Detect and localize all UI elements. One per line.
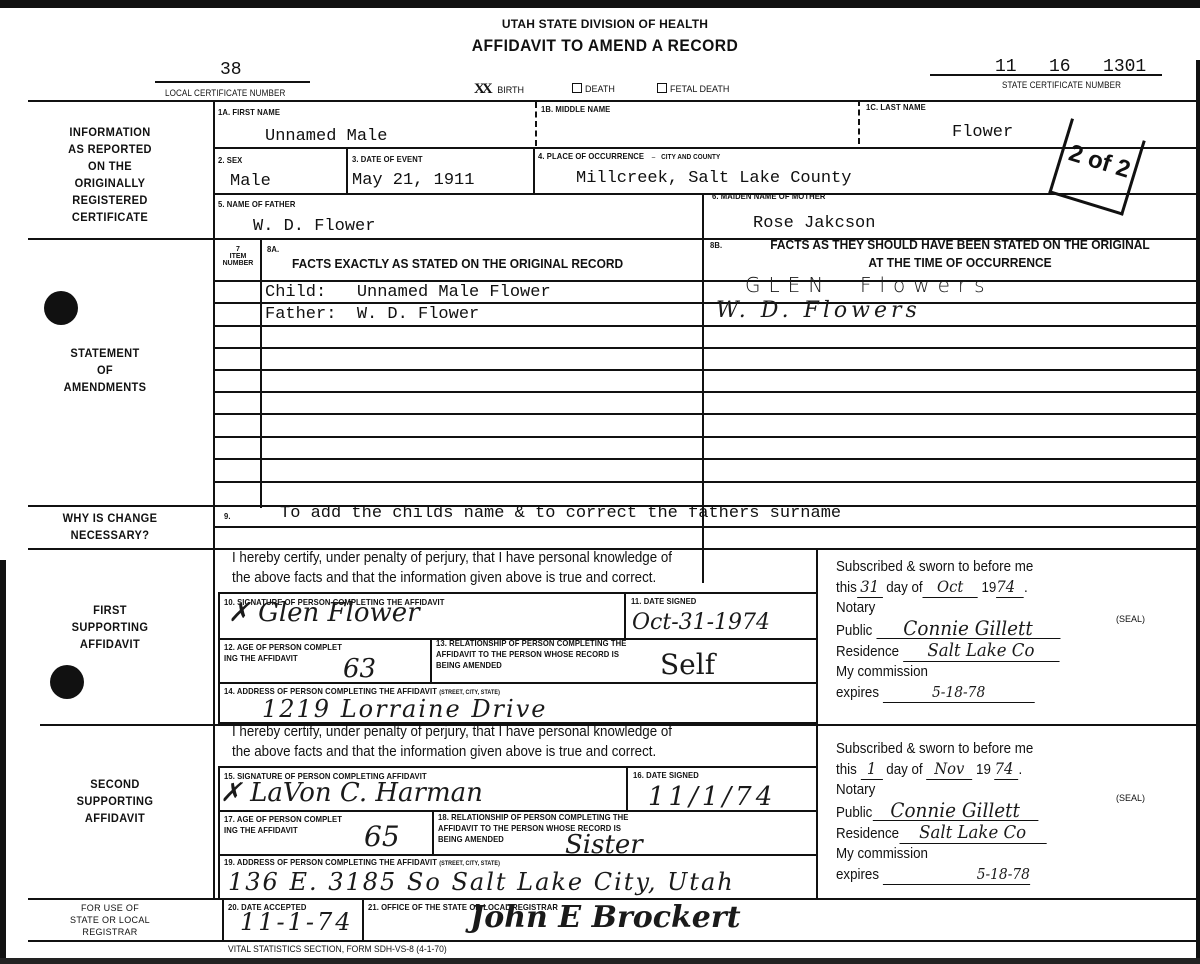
first-name-value: Unnamed Male [265,127,387,146]
sex-label: 2. SEX [218,155,242,165]
second-notary-block: Subscribed & sworn to before me this 1 d… [836,739,1046,885]
scan-border-top [0,0,1200,8]
address-value: 1219 Lorraine Drive [262,695,547,723]
amendment-corrected: GLEN Flowers [745,273,993,297]
row-line [213,526,1200,528]
binder-hole [50,665,84,699]
middle-name-label: 1B. MIDDLE NAME [541,104,610,114]
row-line [213,347,1200,349]
birth-label: BIRTH [497,85,524,95]
divider [218,592,220,722]
divider [626,766,628,810]
relationship-value: Sister [565,830,643,860]
section-registrar: FOR USE OF STATE OR LOCAL REGISTRAR [30,902,190,938]
row-line [213,458,1200,460]
col-b-num: 8B. [710,240,722,250]
certify-line-2: the above facts and that the information… [232,570,656,586]
amendment-corrected: W. D. Flowers [716,298,921,323]
fetal-death-label: FETAL DEATH [670,84,729,94]
record-type-fetal-death[interactable]: FETAL DEATH [657,83,729,94]
row-line [213,369,1200,371]
row-line [213,391,1200,393]
amendment-original: Child: Unnamed Male Flower [265,283,551,302]
divider [533,147,535,193]
section-original-info: INFORMATION AS REPORTED ON THE ORIGINALL… [36,124,183,226]
place-label: 4. PLACE OF OCCURRENCE – CITY AND COUNTY [538,151,720,161]
local-cert-label: LOCAL CERTIFICATE NUMBER [165,88,285,98]
age-value: 65 [364,820,400,853]
agency-name: UTAH STATE DIVISION OF HEALTH [440,17,770,31]
state-cert-label: STATE CERTIFICATE NUMBER [1002,80,1121,90]
local-cert-number: 38 [220,60,242,80]
divider [858,100,860,144]
divider [430,638,432,682]
age-label: 12. AGE OF PERSON COMPLET ING THE AFFIDA… [224,642,342,664]
row-line [218,592,816,594]
place-value: Millcreek, Salt Lake County [576,169,851,188]
date-signed-label: 16. DATE SIGNED [633,770,699,780]
rule [28,940,1200,942]
date-signed-label: 11. DATE SIGNED [631,596,696,606]
sex-value: Male [230,172,271,191]
certify-line-1: I hereby certify, under penalty of perju… [232,550,672,566]
item-column-divider [260,238,262,508]
divider [222,898,224,940]
fetal-death-checkbox[interactable] [657,83,667,93]
date-accepted-value: 11-1-74 [240,908,354,936]
mother-value: Rose Jakcson [753,214,875,233]
certify-line-2: the above facts and that the information… [232,744,656,760]
section-why-change: WHY IS CHANGE NECESSARY? [36,510,183,544]
last-name-value: Flower [952,123,1013,142]
date-of-event-label: 3. DATE OF EVENT [352,154,423,164]
date-signed-value: Oct-31-1974 [632,610,770,635]
divider [702,193,704,583]
section-second-affidavit: SECOND SUPPORTING AFFIDAVIT [37,776,193,827]
rule [28,100,1200,102]
death-checkbox[interactable] [572,83,582,93]
date-of-event-value: May 21, 1911 [352,171,474,190]
age-label: 17. AGE OF PERSON COMPLET ING THE AFFIDA… [224,814,342,836]
row-line [213,413,1200,415]
form-title: AFFIDAVIT TO AMEND A RECORD [435,36,775,56]
scan-border-left [0,560,6,964]
father-label: 5. NAME OF FATHER [218,199,295,209]
seal-label: (SEAL) [1116,793,1145,803]
age-value: 63 [343,654,376,684]
notary-divider [816,548,818,898]
amendment-original: Father: W. D. Flower [265,305,479,324]
section-first-affidavit: FIRST SUPPORTING AFFIDAVIT [36,602,183,653]
why-change-value: To add the childs name & to correct the … [280,504,841,523]
first-name-label: 1A. FIRST NAME [218,107,280,117]
last-name-label: 1C. LAST NAME [866,102,926,112]
row-line [218,766,816,768]
col-a-num: 8A. [267,244,279,254]
divider [362,898,364,940]
item-number-header: 7 ITEM NUMBER [218,246,258,267]
row-line [218,682,816,684]
row-line [213,280,1200,282]
registrar-signature: John E Brockert [470,900,741,935]
death-label: DEATH [585,84,615,94]
why-change-num: 9. [224,511,231,521]
birth-check-mark: XX [474,81,490,97]
mother-label: 6. MAIDEN NAME OF MOTHER [712,191,826,201]
form-footer: VITAL STATISTICS SECTION, FORM SDH-VS-8 … [228,944,447,955]
rule [213,147,1200,149]
col-a-header: FACTS EXACTLY AS STATED ON THE ORIGINAL … [292,256,623,271]
divider [432,810,434,854]
divider [535,102,537,146]
certify-line-1: I hereby certify, under penalty of perju… [232,724,672,740]
row-line [213,325,1200,327]
row-line [213,302,1200,304]
section-amendments: STATEMENT OF AMENDMENTS [36,345,174,396]
col-b-header: FACTS AS THEY SHOULD HAVE BEEN STATED ON… [758,236,1163,272]
left-column-divider [213,100,215,900]
father-value: W. D. Flower [253,217,375,236]
seal-label: (SEAL) [1116,614,1145,624]
state-cert-underline [930,74,1162,76]
row-line [213,481,1200,483]
address-value: 136 E. 3185 So Salt Lake City, Utah [228,868,735,896]
relationship-label: 13. RELATIONSHIP OF PERSON COMPLETING TH… [436,638,626,671]
divider [346,147,348,193]
row-line [213,436,1200,438]
record-type-birth[interactable]: XX BIRTH [474,81,524,98]
address-label: 19. ADDRESS OF PERSON COMPLETING THE AFF… [224,857,500,867]
local-cert-underline [155,81,310,83]
scan-border-right [1196,60,1200,964]
signature-value: ✗ LaVon C. Harman [220,778,483,808]
signature-value: ✗ Glen Flower [228,598,420,628]
record-type-death[interactable]: DEATH [572,83,615,94]
divider [624,592,626,638]
scan-border-bottom [0,958,1200,964]
date-signed-value: 11/1/74 [648,782,776,812]
first-notary-block: Subscribed & sworn to before me this31 d… [836,557,1060,703]
binder-hole [44,291,78,325]
relationship-value: Self [660,648,715,681]
row-line [218,854,816,856]
